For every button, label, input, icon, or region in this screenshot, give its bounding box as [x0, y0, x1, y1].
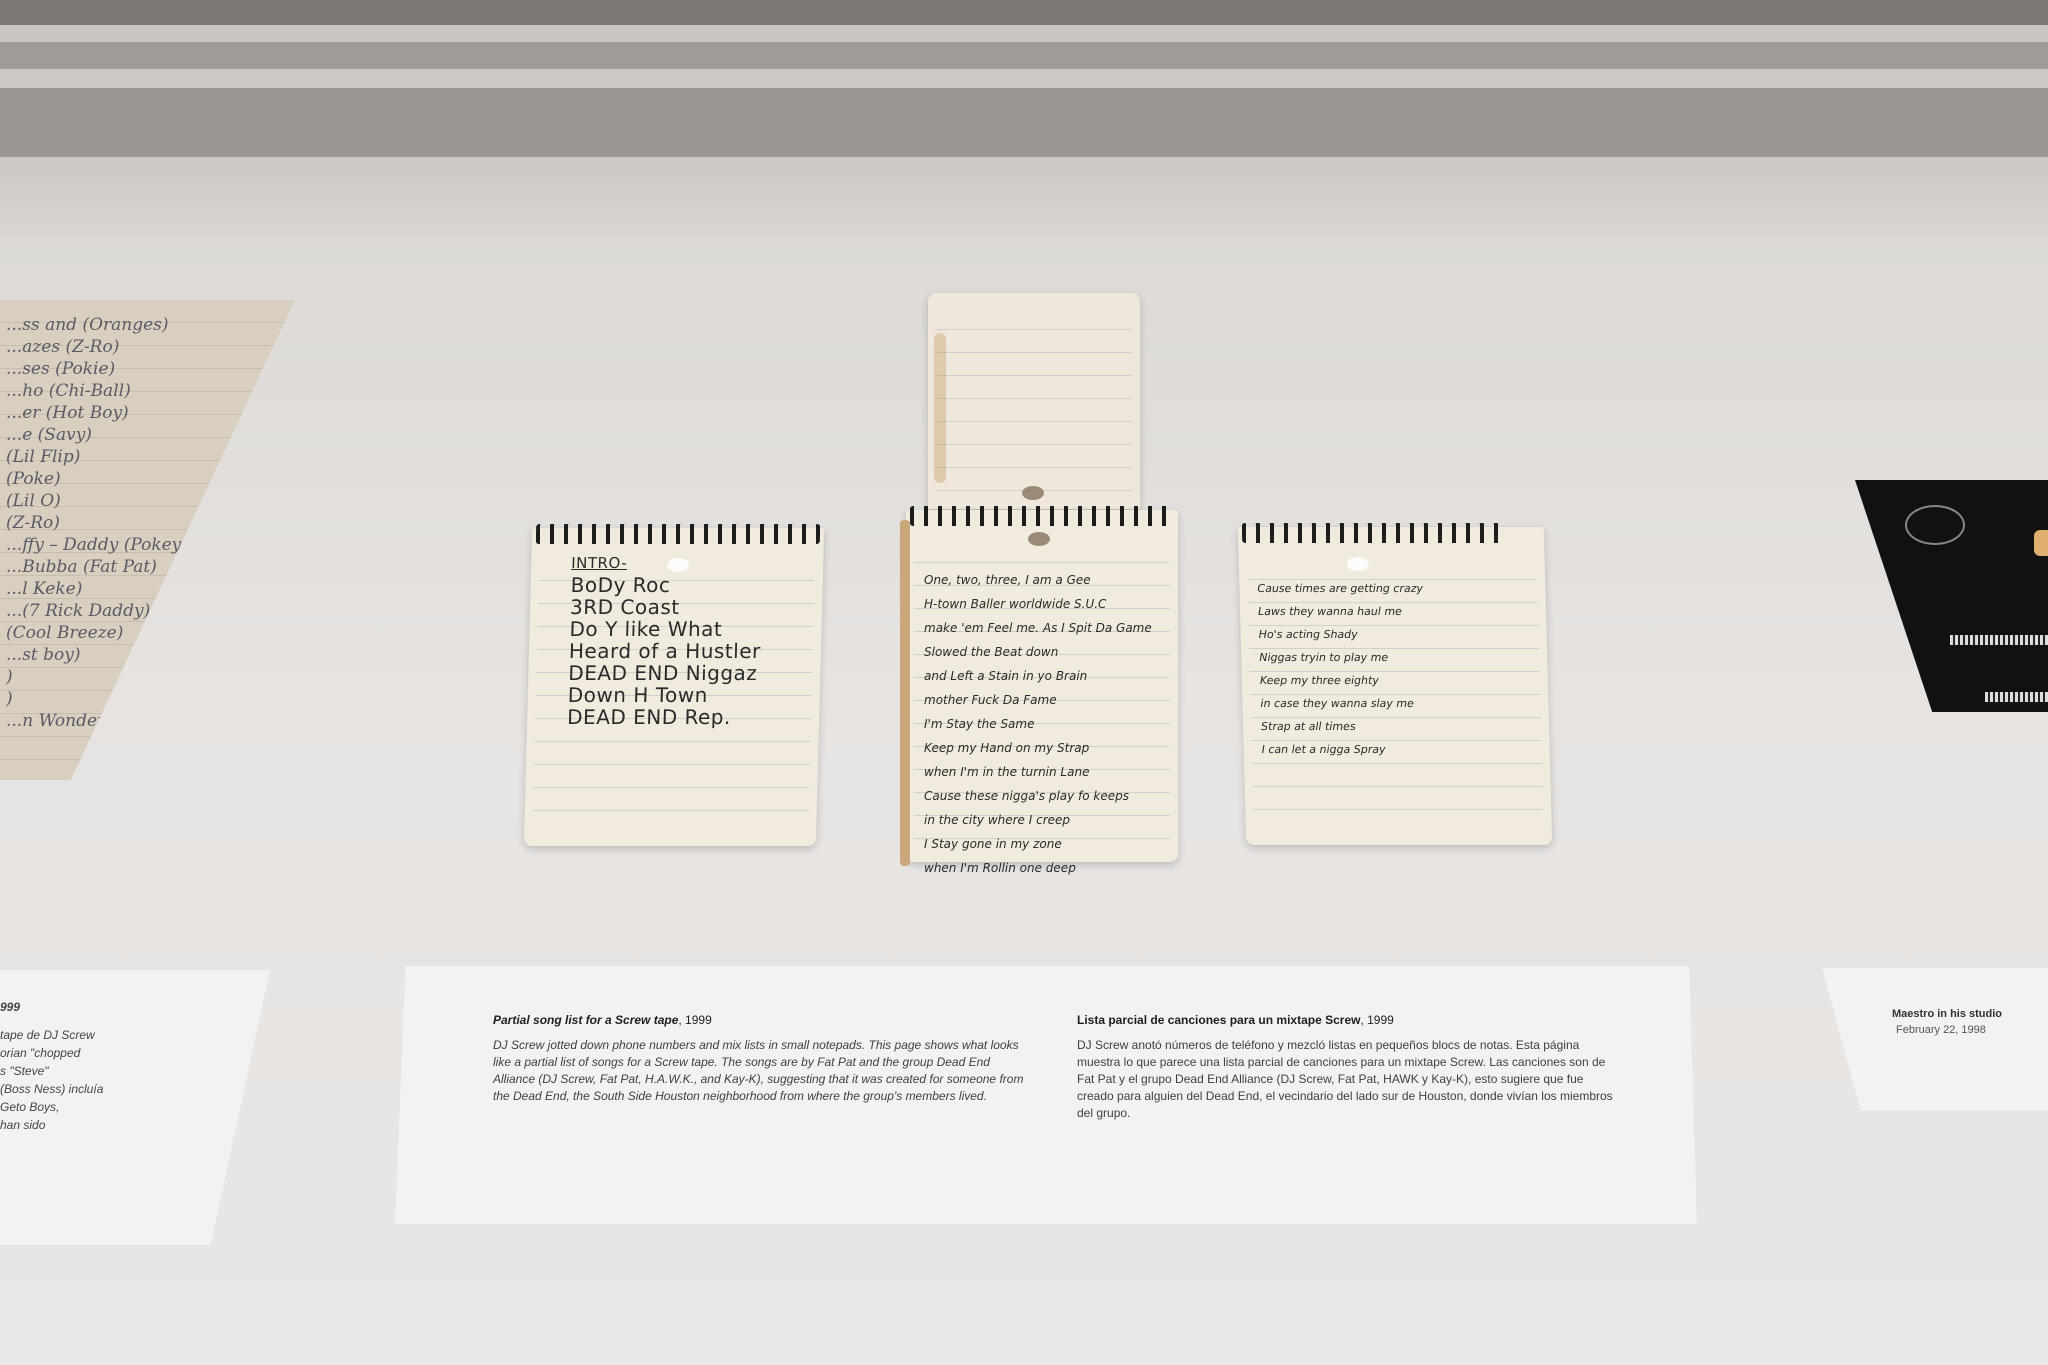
label-title-text: Partial song list for a Screw tape	[493, 1013, 678, 1027]
list-item: in the city where I creep	[924, 808, 1152, 832]
case-top-band	[0, 0, 2048, 25]
list-item: Laws they wanna haul me	[1258, 600, 1424, 623]
lyrics-list: One, two, three, I am a Gee H-town Balle…	[924, 568, 1152, 880]
notepad-flipped-page	[928, 293, 1140, 509]
list-item: (Lil Flip)	[6, 446, 188, 468]
spiral-binding-icon	[536, 524, 821, 544]
list-item: and Left a Stain in yo Brain	[924, 664, 1152, 688]
lyrics-list: Cause times are getting crazy Laws they …	[1257, 577, 1427, 761]
list-item: Heard of a Hustler	[569, 640, 761, 662]
list-item: Strap at all times	[1261, 715, 1427, 738]
label-year: 999	[0, 998, 20, 1016]
list-item: Slowed the Beat down	[924, 640, 1152, 664]
list-item: ...e (Savy)	[6, 424, 188, 446]
label-body: DJ Screw anotó números de teléfono y mez…	[1077, 1037, 1617, 1122]
notepad-lyrics: One, two, three, I am a Gee H-town Balle…	[906, 510, 1178, 862]
label-year: , 1999	[678, 1013, 711, 1027]
label-date: February 22, 1998	[1896, 1024, 1986, 1036]
case-top-band	[0, 25, 2048, 42]
notepad-lyrics-continued: Cause times are getting crazy Laws they …	[1238, 527, 1552, 845]
list-item: ...ses (Pokie)	[6, 358, 188, 380]
label-title: Partial song list for a Screw tape, 1999	[493, 1013, 1033, 1027]
photo-detail	[1905, 505, 1965, 545]
water-stain	[934, 333, 946, 483]
punch-hole	[1347, 557, 1369, 571]
list-item: I'm Stay the Same	[924, 712, 1152, 736]
label-title-text: Lista parcial de canciones para un mixta…	[1077, 1013, 1360, 1027]
keyboard-detail	[1985, 692, 2048, 702]
label-body: DJ Screw jotted down phone numbers and m…	[493, 1037, 1033, 1105]
list-item: Do Y like What	[569, 618, 761, 640]
label-text: s "Steve"	[0, 1062, 49, 1080]
exhibit-label-right: Maestro in his studio February 22, 1998	[1822, 968, 2048, 1110]
label-text: tape de DJ Screw	[0, 1026, 95, 1044]
list-item: Keep my Hand on my Strap	[924, 736, 1152, 760]
list-item: Keep my three eighty	[1260, 669, 1426, 692]
label-english: Partial song list for a Screw tape, 1999…	[493, 1013, 1033, 1105]
list-item: ...ffy – Daddy (Pokey)	[6, 534, 188, 556]
list-item: I can let a nigga Spray	[1261, 738, 1427, 761]
spiral-binding-icon	[1242, 523, 1505, 543]
page-stack-edge	[900, 520, 910, 866]
spiral-binding-icon	[910, 506, 1174, 526]
list-item: 3RD Coast	[570, 596, 762, 618]
case-top-band	[0, 42, 2048, 69]
keyboard-detail	[1950, 635, 2048, 645]
label-text: Geto Boys,	[0, 1098, 59, 1116]
label-title: Lista parcial de canciones para un mixta…	[1077, 1013, 1617, 1027]
label-text: (Boss Ness) incluía	[0, 1080, 103, 1098]
list-item: Cause these nigga's play fo keeps	[924, 784, 1152, 808]
label-title: Maestro in his studio	[1892, 1008, 2002, 1020]
list-item: (Poke)	[6, 468, 188, 490]
label-year: , 1999	[1360, 1013, 1393, 1027]
song-list: INTRO- BoDy Roc 3RD Coast Do Y like What…	[567, 552, 763, 728]
label-text: han sido	[0, 1116, 45, 1134]
list-item: INTRO-	[571, 552, 763, 574]
case-back-wall	[0, 157, 2048, 237]
case-top-band	[0, 69, 2048, 88]
list-item: when I'm in the turnin Lane	[924, 760, 1152, 784]
list-item: ...ho (Chi-Ball)	[6, 380, 188, 402]
list-item: (Lil O)	[6, 490, 188, 512]
case-top-band	[0, 88, 2048, 157]
punch-hole	[1022, 486, 1044, 500]
list-item: make 'em Feel me. As I Spit Da Game	[924, 616, 1152, 640]
punch-hole	[1028, 532, 1050, 546]
list-item: ...Bubba (Fat Pat)	[6, 556, 188, 578]
list-item: Niggas tryin to play me	[1259, 646, 1425, 669]
exhibit-label-main: Partial song list for a Screw tape, 1999…	[395, 966, 1697, 1224]
label-text: orian "chopped	[0, 1044, 80, 1062]
list-item: BoDy Roc	[570, 574, 762, 596]
list-item: (Z-Ro)	[6, 512, 188, 534]
list-item: DEAD END Rep.	[567, 706, 759, 728]
list-item: One, two, three, I am a Gee	[924, 568, 1152, 592]
label-spanish: Lista parcial de canciones para un mixta…	[1077, 1013, 1617, 1122]
list-item: mother Fuck Da Fame	[924, 688, 1152, 712]
list-item: DEAD END Niggaz	[568, 662, 760, 684]
list-item: ...er (Hot Boy)	[6, 402, 188, 424]
notepad-song-list: INTRO- BoDy Roc 3RD Coast Do Y like What…	[524, 528, 824, 846]
list-item: ...ss and (Oranges)	[6, 314, 188, 336]
list-item: Cause times are getting crazy	[1257, 577, 1423, 600]
list-item: H-town Baller worldwide S.U.C	[924, 592, 1152, 616]
photo-detail	[2034, 530, 2048, 556]
list-item: Ho's acting Shady	[1258, 623, 1424, 646]
list-item: ...azes (Z-Ro)	[6, 336, 188, 358]
ruled-lines	[936, 307, 1132, 495]
list-item: when I'm Rollin one deep	[924, 856, 1152, 880]
list-item: in case they wanna slay me	[1260, 692, 1426, 715]
list-item: I Stay gone in my zone	[924, 832, 1152, 856]
list-item: Down H Town	[568, 684, 760, 706]
